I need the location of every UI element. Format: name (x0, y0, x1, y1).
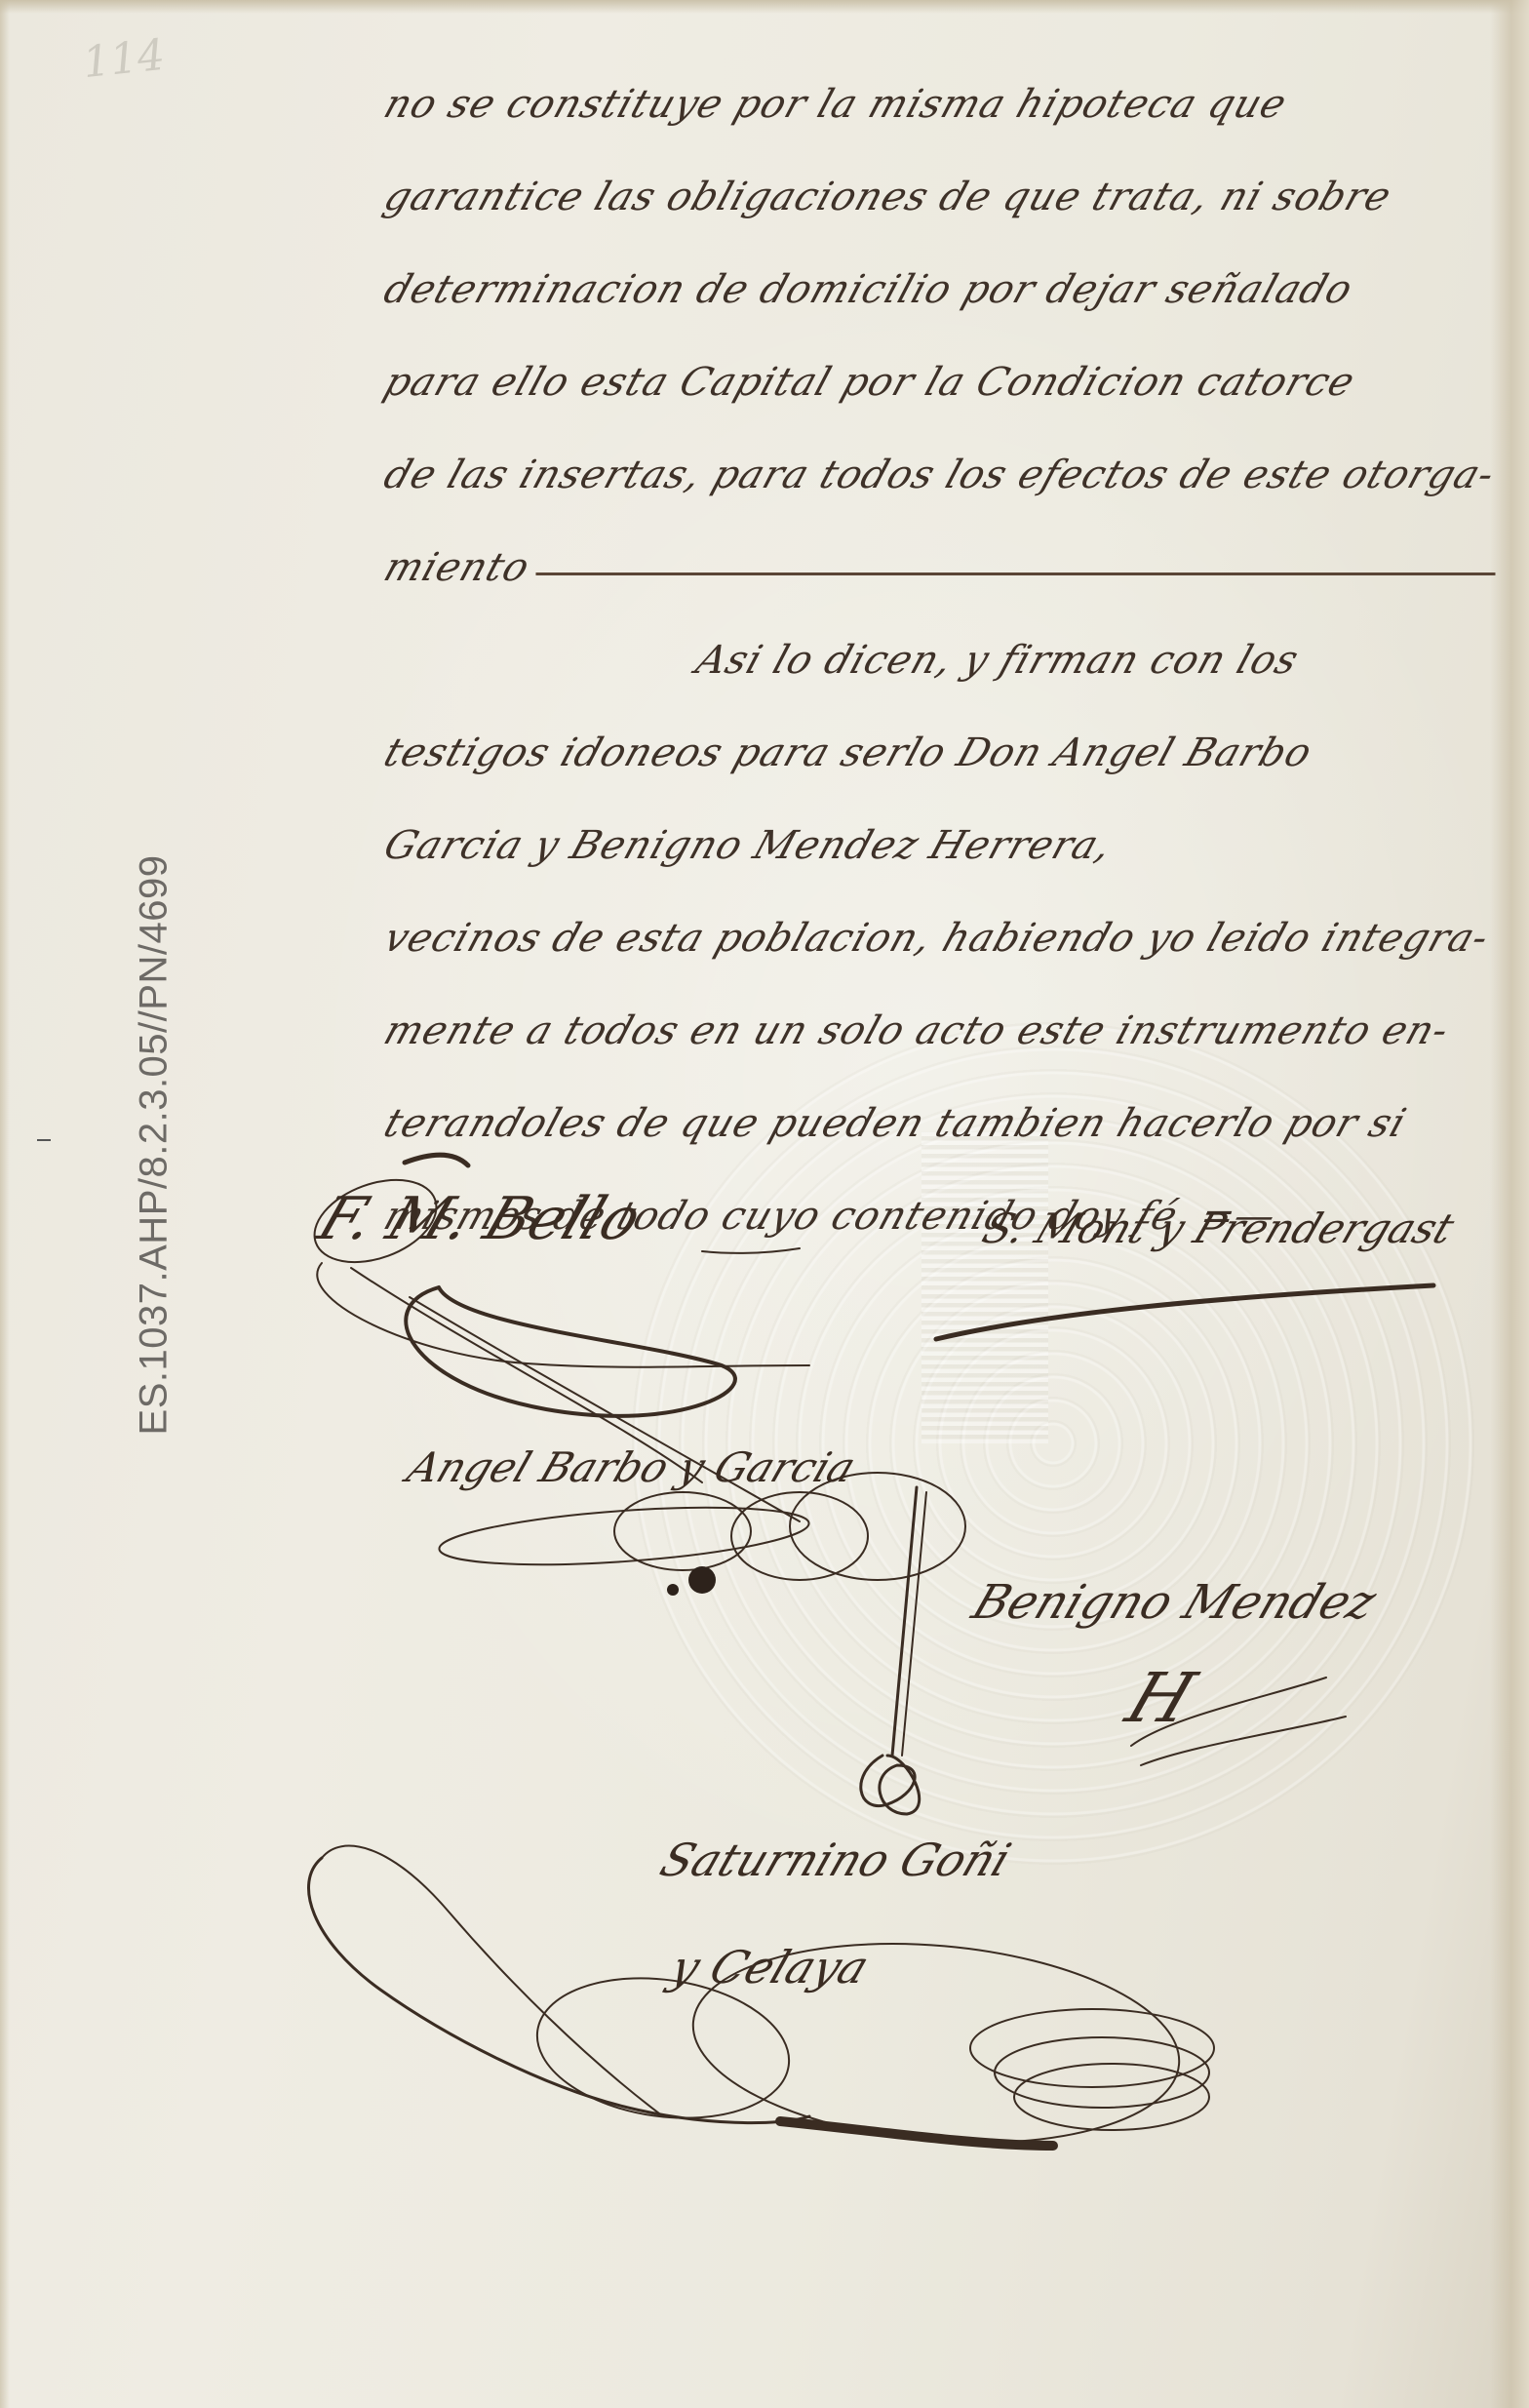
text-line: para ello esta Capital por la Condicion … (371, 336, 1512, 429)
text-line: miento (371, 522, 543, 614)
text-line: terandoles de que pueden tambien hacerlo… (371, 1078, 1512, 1170)
manuscript-page: 114 ES.1037.AHP/8.2.3.05//PN/4699 no se … (0, 0, 1529, 2408)
archive-reference-stamp: ES.1037.AHP/8.2.3.05//PN/4699 (133, 855, 176, 1436)
text-line: garantice las obligaciones de que trata,… (371, 151, 1512, 244)
text-line: mente a todos en un solo acto este instr… (371, 985, 1512, 1078)
line-fill-rule (536, 572, 1496, 575)
signature-bello: F. M. Bello (309, 1185, 650, 1253)
text-line: vecinos de esta poblacion, habiendo yo l… (371, 892, 1512, 985)
text-line: testigos idoneos para serlo Don Angel Ba… (371, 707, 1512, 800)
signature-mont-prendergast: S. Mont y Prendergast (976, 1204, 1461, 1252)
text-line: Garcia y Benigno Mendez Herrera, (371, 800, 1512, 892)
paper-left-edge (0, 0, 10, 2408)
text-line-with-rule: miento (371, 522, 1512, 614)
text-line: determinacion de domicilio por dejar señ… (371, 244, 1512, 336)
margin-tick-mark (37, 1139, 51, 1141)
signature-mendez: Benigno Mendez (965, 1575, 1384, 1630)
text-line: de las insertas, para todos los efectos … (371, 429, 1512, 522)
folio-number: 114 (81, 30, 168, 88)
signature-goni: Saturnino Goñi (653, 1834, 1018, 1886)
text-line: no se constituye por la misma hipoteca q… (371, 59, 1512, 151)
text-line: Asi lo dicen, y firman con los (371, 614, 1512, 707)
signature-barbo-garcia: Angel Barbo y Garcia (401, 1443, 862, 1491)
signature-celaya: y Celaya (663, 1941, 876, 1994)
paper-top-edge (0, 0, 1529, 14)
manuscript-body: no se constituye por la misma hipoteca q… (371, 59, 1482, 1263)
